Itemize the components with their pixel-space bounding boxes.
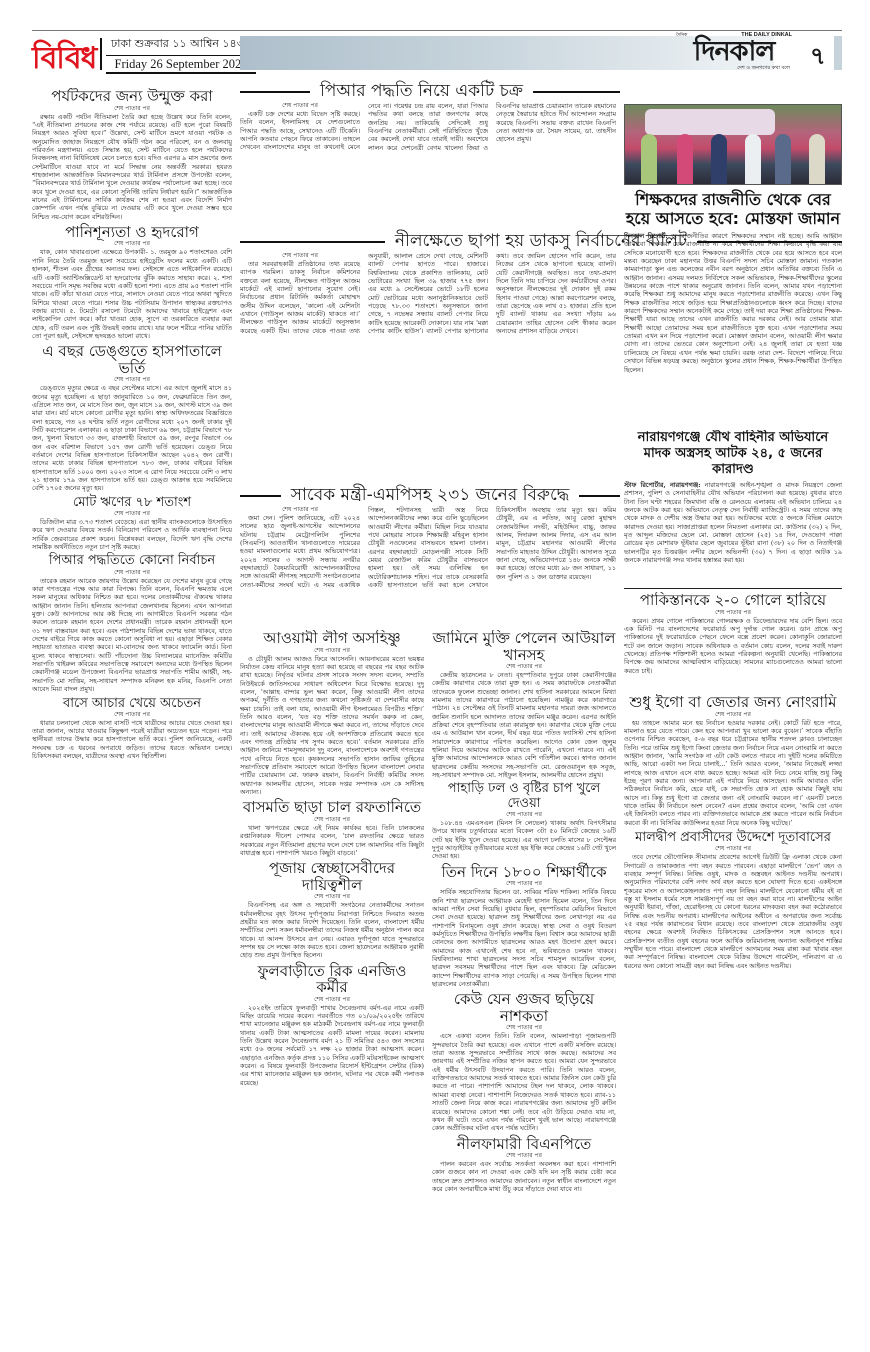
headline: মোট ঋণের ৭৮ শতাংশ [32,496,232,510]
date-bengali: ঢাকা শুক্রবার ১১ আশ্বিন ১৪৩২ [106,35,256,56]
newspaper-page: বিবিধ ঢাকা শুক্রবার ১১ আশ্বিন ১৪৩২ Frida… [32,30,842,1320]
article-three-days: তিন দিনে ১৮০০ শিক্ষার্থীকে শেষ পাতার পর … [432,864,616,989]
article-body: ডেঙ্গুতে মৃত্যুর ক্ষেত্রে এ বছর সেপ্টেম্… [32,384,232,492]
article-body: ২০২৫ইং তারিখে ফুলবাড়ী শাখার দৈবেন্দ্রনা… [240,1004,424,1087]
paper-small-label: দৈনিক [676,32,687,39]
jump-label: শেষ পাতার পর [624,609,842,616]
masthead-divider [100,38,102,70]
jump-label: শেষ পাতার পর [240,996,424,1003]
headline: পানিশূন্যতা ও হৃদরোগ [32,224,232,241]
article-body: তারেক রহমান আরেক জায়গায় উল্লেখ করেছেন … [32,577,232,694]
article-body: করেন। প্রথম গোলে পাকিস্তানের গোলরক্ষক ও … [624,617,842,675]
date-english: Friday 26 September 2025 [106,56,256,74]
article-body: পালন করবেন এবং সর্বোচ্চ সতর্কতা অবলম্বন … [432,1160,616,1193]
headline: পিআর পদ্ধতিতে কোনো নির্বাচন [32,554,232,568]
article-body: জমা দেন। পুলিশ জানিয়েছে, এটি ২০২৪ সালের… [240,506,616,589]
article-body: তার সরবরাহকারী প্রতিষ্ঠানের তথ্য রয়েছে … [240,252,616,335]
article-narayanganj: নারায়ণগঞ্জে যৌথ বাহিনীর অভিযানে মাদক অস… [624,430,842,590]
headline: নারায়ণগঞ্জে যৌথ বাহিনীর অভিযানে মাদক অস… [624,430,842,478]
article-ducsu: শেষ পাতার পর তার সরবরাহকারী প্রতিষ্ঠানের… [240,252,616,480]
rule [624,588,842,589]
article-teachers-politics: দিনকাল রিপোর্ট: অপরাজনীতির কারণে শিক্ষকদ… [624,232,842,428]
article-dengue: এ বছর ডেঙ্গুতে হাসপাতালে ভর্তি শেষ পাতার… [32,343,232,492]
jump-label: শেষ পাতার পর [32,376,232,383]
headline: নীলফামারী বিএনপিতে [432,1136,616,1153]
jump-label: শেষ পাতার পর [432,811,616,818]
byline: স্টাফ রিপোর্টার, নারায়ণগঞ্জ: [624,481,701,489]
article-bus-snack: বাসে আচার খেয়ে অচেতন শেষ পাতার পর ধারার… [32,697,232,761]
article-body: যাক, কোন খাবারগুলো এক্ষেত্রে উপকারী- ১. … [32,248,232,340]
right-lower-column: শুধু ইগো বা জেতার জন্য নোংরামি শেষ পাতার… [624,694,842,1320]
jump-label: শেষ পাতার পর [32,240,232,247]
headline: তিন দিনে ১৮০০ শিক্ষার্থীকে [432,864,616,881]
masthead-dates: ঢাকা শুক্রবার ১১ আশ্বিন ১৪৩২ Friday 26 S… [106,35,256,74]
article-body: ও চৌধুরী আলম আজও ফিরে আসেননি। আয়নাঘরের … [240,655,424,797]
event-photo [624,104,842,185]
paper-name-bengali: দিনকাল [672,39,796,65]
article-rumor: কেউ যেন গুজব ছড়িয়ে নাশকতা শেষ পাতার পর… [432,991,616,1132]
jump-label: শেষ পাতার পর [32,711,232,718]
headline: ফুলবাড়ীতে রিক এনজিও কর্মীর [240,963,424,996]
rule [579,495,620,497]
article-body: একটি চক্র দেশের মধ্যে বিভেদ সৃষ্টি করছে।… [240,102,616,152]
top-rule [32,30,842,31]
headline: জামিনে মুক্তি পেলেন আউয়াল খানসহ [432,630,616,663]
headline: পর্যটকদের জন্য উন্মুক্ত করা [32,88,232,105]
middle-left-column: আওয়ামী লীগ অসহিষ্ণু শেষ পাতার পর ও চৌধু… [240,630,424,1320]
rule [697,241,842,243]
article-body: এসে একথা বলেন তিনি। তিনি বলেন, আমলাপাড়া… [432,1032,616,1132]
jump-label: শেষ পাতার পর [240,102,360,109]
section-title: বিবিধ [32,34,96,85]
article-phulbari: ফুলবাড়ীতে রিক এনজিও কর্মীর শেষ পাতার পর… [240,963,424,1087]
headline: পাকিস্তানকে ২-০ গোলে হারিয়ে [624,592,842,609]
article-awami-intolerant: আওয়ামী লীগ অসহিষ্ণু শেষ পাতার পর ও চৌধু… [240,630,424,796]
headline: বাসমতি ছাড়া চাল রফতানিতে [240,799,424,816]
paper-logo: দৈনিক THE DAILY DINKAL দিনকাল দেশ ও জনগণ… [672,32,796,76]
jump-label: শেষ পাতার পর [624,845,842,852]
article-body: সার্বিক সহযোগিতায় ছিলেন ডা. সাব্বির শরি… [432,888,616,988]
jump-label: শেষ পাতার পর [32,569,232,576]
article-basmati: বাসমতি ছাড়া চাল রফতানিতে শেষ পাতার পর খ… [240,799,424,857]
jump-label: শেষ পাতার পর [240,506,360,513]
article-body: ১০৮.৪৪ এমএসএল (মিনস সি লেভেল) থাকায় অর্… [432,819,616,861]
article-hill-water: পাহাড়ি ঢল ও বৃষ্টির চাপ খুলে দেওয়া শেষ… [432,782,616,860]
article-nilphamari: নীলফামারী বিএনপিতে শেষ পাতার পর পালন করব… [432,1136,616,1194]
article-former-minister: শেষ পাতার পর জমা দেন। পুলিশ জানিয়েছে, এ… [240,506,616,624]
article-maldives: মালদ্বীপ প্রবাসীদের উদ্দেশে দূতাবাসের শে… [624,831,842,970]
headline: পাহাড়ি ঢল ও বৃষ্টির চাপ খুলে দেওয়া [432,782,616,811]
article-body: রক্ষায় একটি পর্যটন নীতিমালা তৈরি করা হচ… [32,113,232,221]
rule [240,495,281,497]
headline: শুধু ইগো বা জেতার জন্য নোংরামি [624,694,842,711]
article-body: কেন্দ্রীয় ছাত্রদলের ৮ নেতা। বৃহস্পতিবার… [432,671,616,779]
jump-label: শেষ পাতার পর [432,1024,616,1031]
jump-label: শেষ পাতার পর [624,711,842,718]
rule [240,91,310,93]
headline: এ বছর ডেঙ্গুতে হাসপাতালে ভর্তি [32,343,232,376]
article-body: হয় তাহলে আমার মনে হয় নির্বাচন হওয়ার দ… [624,719,842,827]
jump-label: শেষ পাতার পর [432,1152,616,1159]
jump-label: শেষ পাতার পর [240,893,424,900]
article-body: ডিজিটাল মাত্র ৩.৭৩ শতাংশ বেড়েছে। এরা স্… [32,518,232,551]
photo-banner [645,109,775,135]
article-tourists: পর্যটকদের জন্য উন্মুক্ত করা শেষ পাতার পর… [32,88,232,221]
page-edge-tab [834,36,842,70]
article-pakistan: পাকিস্তানকে ২-০ গোলে হারিয়ে শেষ পাতার প… [624,592,842,690]
jump-label: শেষ পাতার পর [32,105,232,112]
headline: পূজায় স্বেচ্ছাসেবীদের দায়িত্বশীল [240,860,424,893]
article-pr-none: পিআর পদ্ধতিতে কোনো নির্বাচন শেষ পাতার পর… [32,554,232,693]
article-bail-awal: জামিনে মুক্তি পেলেন আউয়াল খানসহ শেষ পাত… [432,630,616,779]
article-body: নারায়ণগঞ্জে আইন-শৃঙ্খলা ও মাদক নিয়ন্ত্… [624,481,842,564]
headline: কেউ যেন গুজব ছড়িয়ে নাশকতা [432,991,616,1024]
headline-teachers-politics: শিক্ষকদের রাজনীতি থেকে বের হয়ে আসতে হবে… [624,190,842,228]
middle-right-column: জামিনে মুক্তি পেলেন আউয়াল খানসহ শেষ পাত… [432,630,616,1320]
page-number: ৭ [810,38,826,78]
headline: বাসে আচার খেয়ে অচেতন [32,697,232,711]
article-body: ধারার চলনালো থেকে আসা বাসটি পথে যাত্রীদে… [32,719,232,761]
article-puja-volunteers: পূজায় স্বেচ্ছাসেবীদের দায়িত্বশীল শেষ প… [240,860,424,959]
headline: আওয়ামী লীগ অসহিষ্ণু [240,630,424,647]
article-body: খালা ঋণপত্রের ক্ষেত্রে এই নিয়ম কার্যকর … [240,824,424,857]
jump-label: শেষ পাতার পর [432,880,616,887]
article-foreign-debt: মোট ঋণের ৭৮ শতাংশ শেষ পাতার পর ডিজিটাল ম… [32,496,232,552]
jump-label: শেষ পাতার পর [240,816,424,823]
rule [240,241,385,243]
jump-label: শেষ পাতার পর [240,252,360,259]
rule [533,91,620,93]
jump-label: শেষ পাতার পর [432,663,616,670]
article-water-heart: পানিশূন্যতা ও হৃদরোগ শেষ পাতার পর যাক, ক… [32,224,232,340]
left-column: পর্যটকদের জন্য উন্মুক্ত করা শেষ পাতার পর… [32,88,232,1320]
headline: মালদ্বীপ প্রবাসীদের উদ্দেশে দূতাবাসের [624,831,842,845]
jump-label: শেষ পাতার পর [240,647,424,654]
article-tamim-ego: শুধু ইগো বা জেতার জন্য নোংরামি শেষ পাতার… [624,694,842,827]
article-pr-cycle: শেষ পাতার পর একটি চক্র দেশের মধ্যে বিভেদ… [240,102,616,220]
article-body: বিএনপিসহ এর অঙ্গ ও সহযোগী সংগঠনের নেতাকর… [240,901,424,959]
article-body: তবে দেশের ভৌগোলিক সীমানায় প্রবেশের আগেই… [624,853,842,970]
jump-label: শেষ পাতার পর [32,510,232,517]
